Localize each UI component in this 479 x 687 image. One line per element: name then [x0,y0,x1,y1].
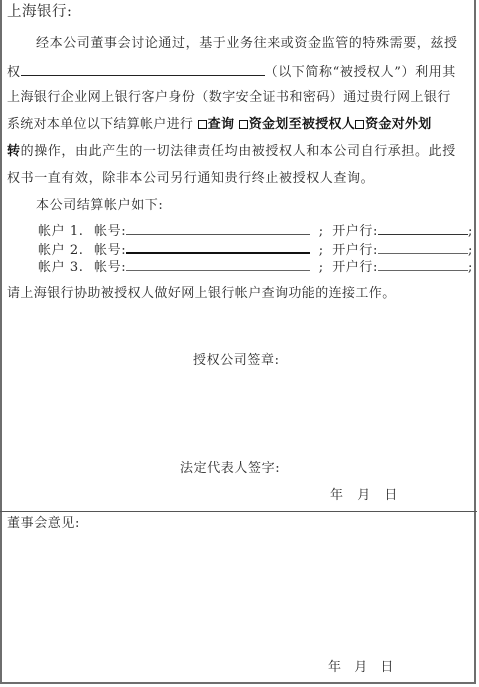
account-row-1: 帐户 1.帐号:;开户行:; [38,222,473,240]
option-transfer-to-grantee[interactable]: 资金划至被授权人 [239,117,355,132]
checkbox-icon[interactable] [355,120,364,129]
paragraph1-line1: 经本公司董事会讨论通过，基于业务往来或资金监管的特殊需要，兹授 [36,36,458,52]
bank-field[interactable] [378,258,468,271]
account-row-2: 帐户 2.帐号:;开户行:; [38,240,473,259]
company-seal-label: 授权公司签章: [193,353,280,369]
separator: ; [310,260,332,276]
paragraph1-line4: 系统对本单位以下结算帐户进行 查询 资金划至被授权人资金对外划 [7,117,432,133]
account-number-field[interactable] [126,240,310,254]
option-query[interactable]: 查询 [198,117,235,132]
paragraph1-line5: 转的操作，由此产生的一切法律责任均由被授权人和本公司自行承担。此授 [7,144,456,160]
date-line-2: 年 月 日 [328,660,398,676]
account-row-3: 帐户 3.帐号:;开户行:; [38,258,473,276]
day-label: 日 [384,488,398,504]
year-label: 年 [330,488,344,504]
request-text: 请上海银行协助被授权人做好网上银行帐户查询功能的连接工作。 [7,286,396,302]
account-number-label: 帐号: [94,224,126,239]
month-label: 月 [357,488,371,504]
line4-prefix: 系统对本单位以下结算帐户进行 [7,117,193,132]
account-label: 帐户 1. [38,224,94,240]
accounts-intro: 本公司结算帐户如下: [36,198,163,214]
bank-label: 开户行: [332,224,378,239]
addressee: 上海银行: [7,4,72,20]
bank-label: 开户行: [332,260,378,275]
account-label: 帐户 2. [38,243,94,259]
account-label: 帐户 3. [38,260,94,276]
terminator: ; [468,224,473,239]
account-number-label: 帐号: [94,260,126,275]
terminator: ; [468,260,473,275]
account-number-label: 帐号: [94,243,126,258]
board-opinion-label: 董事会意见: [7,516,80,532]
section-divider [0,511,477,512]
paragraph1-line3: 上海银行企业网上银行客户身份（数字安全证书和密码）通过贵行网上银行 [7,90,451,106]
year-label: 年 [328,660,342,676]
line5-rest: 的操作，由此产生的一切法律责任均由被授权人和本公司自行承担。此授 [21,144,456,159]
bank-field[interactable] [378,241,468,254]
bank-field[interactable] [378,222,468,235]
terminator: ; [468,243,473,258]
bank-label: 开户行: [332,243,378,258]
checkbox-icon[interactable] [198,120,207,129]
checkbox-icon[interactable] [239,120,248,129]
account-number-field[interactable] [126,222,310,235]
paragraph1-line2: 权（以下简称“被授权人”）利用其 [7,63,456,81]
line5-bold: 转 [7,144,21,159]
month-label: 月 [354,660,368,676]
separator: ; [310,243,332,259]
account-number-field[interactable] [126,258,310,271]
legal-rep-signature-label: 法定代表人签字: [180,461,280,477]
paragraph1-line6: 权书一直有效，除非本公司另行通知贵行终止被授权人查询。 [7,171,374,187]
grantee-name-field[interactable] [21,63,265,76]
option-external-transfer[interactable]: 资金对外划 [355,117,432,132]
line2-suffix: （以下简称“被授权人”）利用其 [265,65,456,80]
line2-prefix: 权 [7,65,21,80]
day-label: 日 [380,660,394,676]
separator: ; [310,224,332,240]
date-line-1: 年 月 日 [330,488,400,504]
